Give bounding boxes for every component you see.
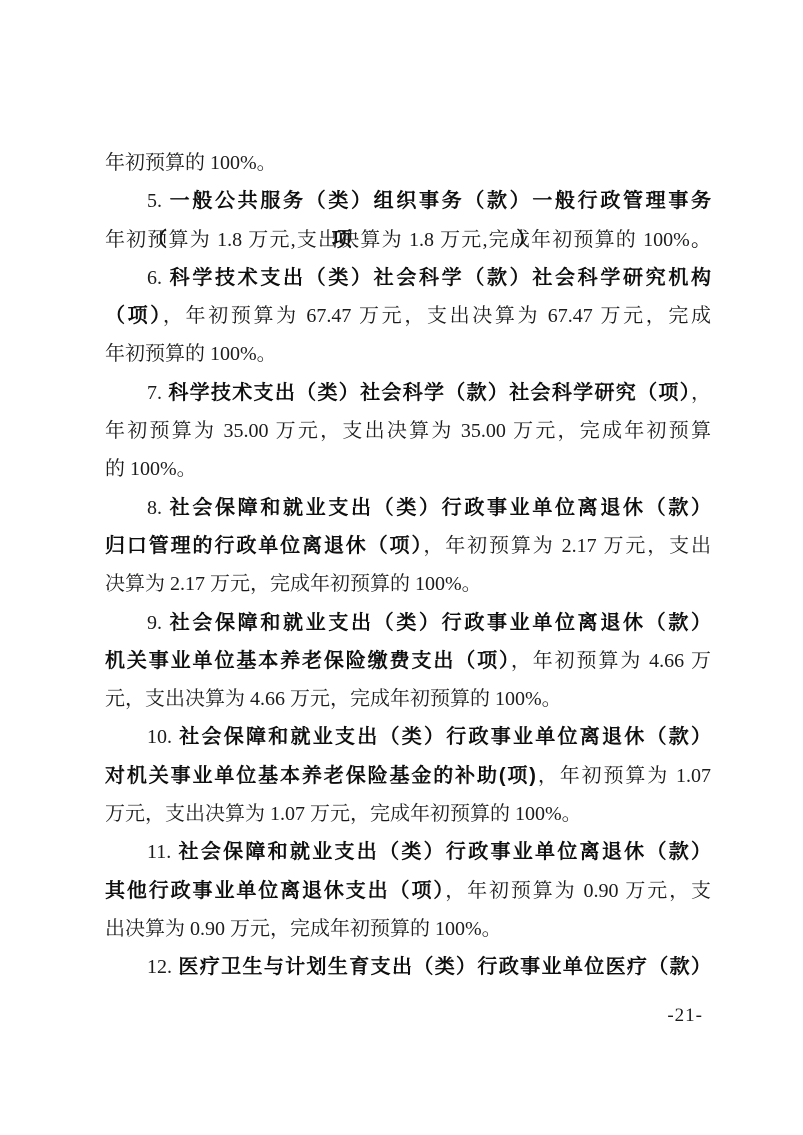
text-run: 出决算为 0.90 万元，完成年初预算的 100%。 (105, 918, 502, 940)
text-run: 年初预算为 35.00 万元，支出决算为 35.00 万元，完成年初预算 (105, 420, 711, 442)
text-run: ，年初预算为 4.66 万 (511, 650, 711, 672)
text-line: 的 100%。 (105, 450, 711, 488)
text-run: 8. (147, 497, 170, 519)
text-line: 年初预算为 1.8 万元,支出决算为 1.8 万元,完成年初预算的 100%。 (105, 221, 711, 259)
text-run: 年初预算为 1.8 万元,支出决算为 1.8 万元,完成年初预算的 100%。 (105, 229, 711, 251)
bold-text-run: 社会保障和就业支出（类）行政事业单位离退休（款） (170, 497, 711, 519)
text-run: ，年初预算为 1.07 (536, 765, 711, 787)
bold-text-run: 社会保障和就业支出（类）行政事业单位离退休（款） (179, 841, 711, 863)
text-line: 12. 医疗卫生与计划生育支出（类）行政事业单位医疗（款） (105, 948, 711, 986)
text-run: 10. (147, 726, 179, 748)
text-run: 5. (147, 190, 170, 212)
bold-text-run: 社会保障和就业支出（类）行政事业单位离退休（款） (179, 726, 711, 748)
text-run: 7. (147, 382, 168, 404)
text-line: 11. 社会保障和就业支出（类）行政事业单位离退休（款） (105, 833, 711, 871)
text-line: 年初预算为 35.00 万元，支出决算为 35.00 万元，完成年初预算 (105, 412, 711, 450)
text-line: 元，支出决算为 4.66 万元，完成年初预算的 100%。 (105, 680, 711, 718)
bold-text-run: 科学技术支出（类）社会科学（款）社会科学研究（项） (168, 382, 691, 404)
bold-text-run: 对机关事业单位基本养老保险基金的补助(项) (105, 765, 536, 787)
text-line: 归口管理的行政单位离退休（项），年初预算为 2.17 万元，支出 (105, 527, 711, 565)
text-line: 7. 科学技术支出（类）社会科学（款）社会科学研究（项）， (105, 374, 711, 412)
text-run: ，年初预算为 0.90 万元，支 (445, 880, 711, 902)
text-run: ， (691, 382, 711, 404)
bold-text-run: （项） (105, 305, 163, 327)
text-line: 年初预算的 100%。 (105, 144, 711, 182)
text-line: 对机关事业单位基本养老保险基金的补助(项)，年初预算为 1.07 (105, 757, 711, 795)
bold-text-run: 医疗卫生与计划生育支出（类）行政事业单位医疗（款） (178, 956, 711, 978)
text-line: 决算为 2.17 万元，完成年初预算的 100%。 (105, 565, 711, 603)
text-line: 机关事业单位基本养老保险缴费支出（项），年初预算为 4.66 万 (105, 642, 711, 680)
text-run: 的 100%。 (105, 458, 197, 480)
text-line: 出决算为 0.90 万元，完成年初预算的 100%。 (105, 910, 711, 948)
bold-text-run: 科学技术支出（类）社会科学（款）社会科学研究机构 (170, 267, 711, 289)
text-line: 其他行政事业单位离退休支出（项），年初预算为 0.90 万元，支 (105, 872, 711, 910)
text-run: ，年初预算为 67.47 万元，支出决算为 67.47 万元，完成 (163, 305, 711, 327)
bold-text-run: 社会保障和就业支出（类）行政事业单位离退休（款） (170, 612, 711, 634)
text-run: 决算为 2.17 万元，完成年初预算的 100%。 (105, 573, 482, 595)
document-lines: 年初预算的 100%。5. 一般公共服务（类）组织事务（款）一般行政管理事务（项… (105, 144, 711, 987)
bold-text-run: 其他行政事业单位离退休支出（项） (105, 880, 445, 902)
text-run: 6. (147, 267, 170, 289)
text-run: 12. (147, 956, 178, 978)
text-run: 元，支出决算为 4.66 万元，完成年初预算的 100%。 (105, 688, 562, 710)
text-line: （项），年初预算为 67.47 万元，支出决算为 67.47 万元，完成 (105, 297, 711, 335)
page-number: -21- (667, 1005, 703, 1027)
text-line: 年初预算的 100%。 (105, 335, 711, 373)
text-line: 6. 科学技术支出（类）社会科学（款）社会科学研究机构 (105, 259, 711, 297)
text-run: 9. (147, 612, 170, 634)
text-run: 年初预算的 100%。 (105, 343, 277, 365)
document-page: 年初预算的 100%。5. 一般公共服务（类）组织事务（款）一般行政管理事务（项… (0, 0, 803, 1135)
bold-text-run: 归口管理的行政单位离退休（项） (105, 535, 423, 557)
text-line: 万元，支出决算为 1.07 万元，完成年初预算的 100%。 (105, 795, 711, 833)
bold-text-run: 机关事业单位基本养老保险缴费支出（项） (105, 650, 511, 672)
text-run: 11. (147, 841, 179, 863)
text-line: 10. 社会保障和就业支出（类）行政事业单位离退休（款） (105, 718, 711, 756)
text-run: 万元，支出决算为 1.07 万元，完成年初预算的 100%。 (105, 803, 582, 825)
text-run: 年初预算的 100%。 (105, 152, 277, 174)
text-line: 9. 社会保障和就业支出（类）行政事业单位离退休（款） (105, 604, 711, 642)
text-line: 8. 社会保障和就业支出（类）行政事业单位离退休（款） (105, 489, 711, 527)
text-run: ，年初预算为 2.17 万元，支出 (423, 535, 711, 557)
text-line: 5. 一般公共服务（类）组织事务（款）一般行政管理事务（项）。 (105, 182, 711, 220)
